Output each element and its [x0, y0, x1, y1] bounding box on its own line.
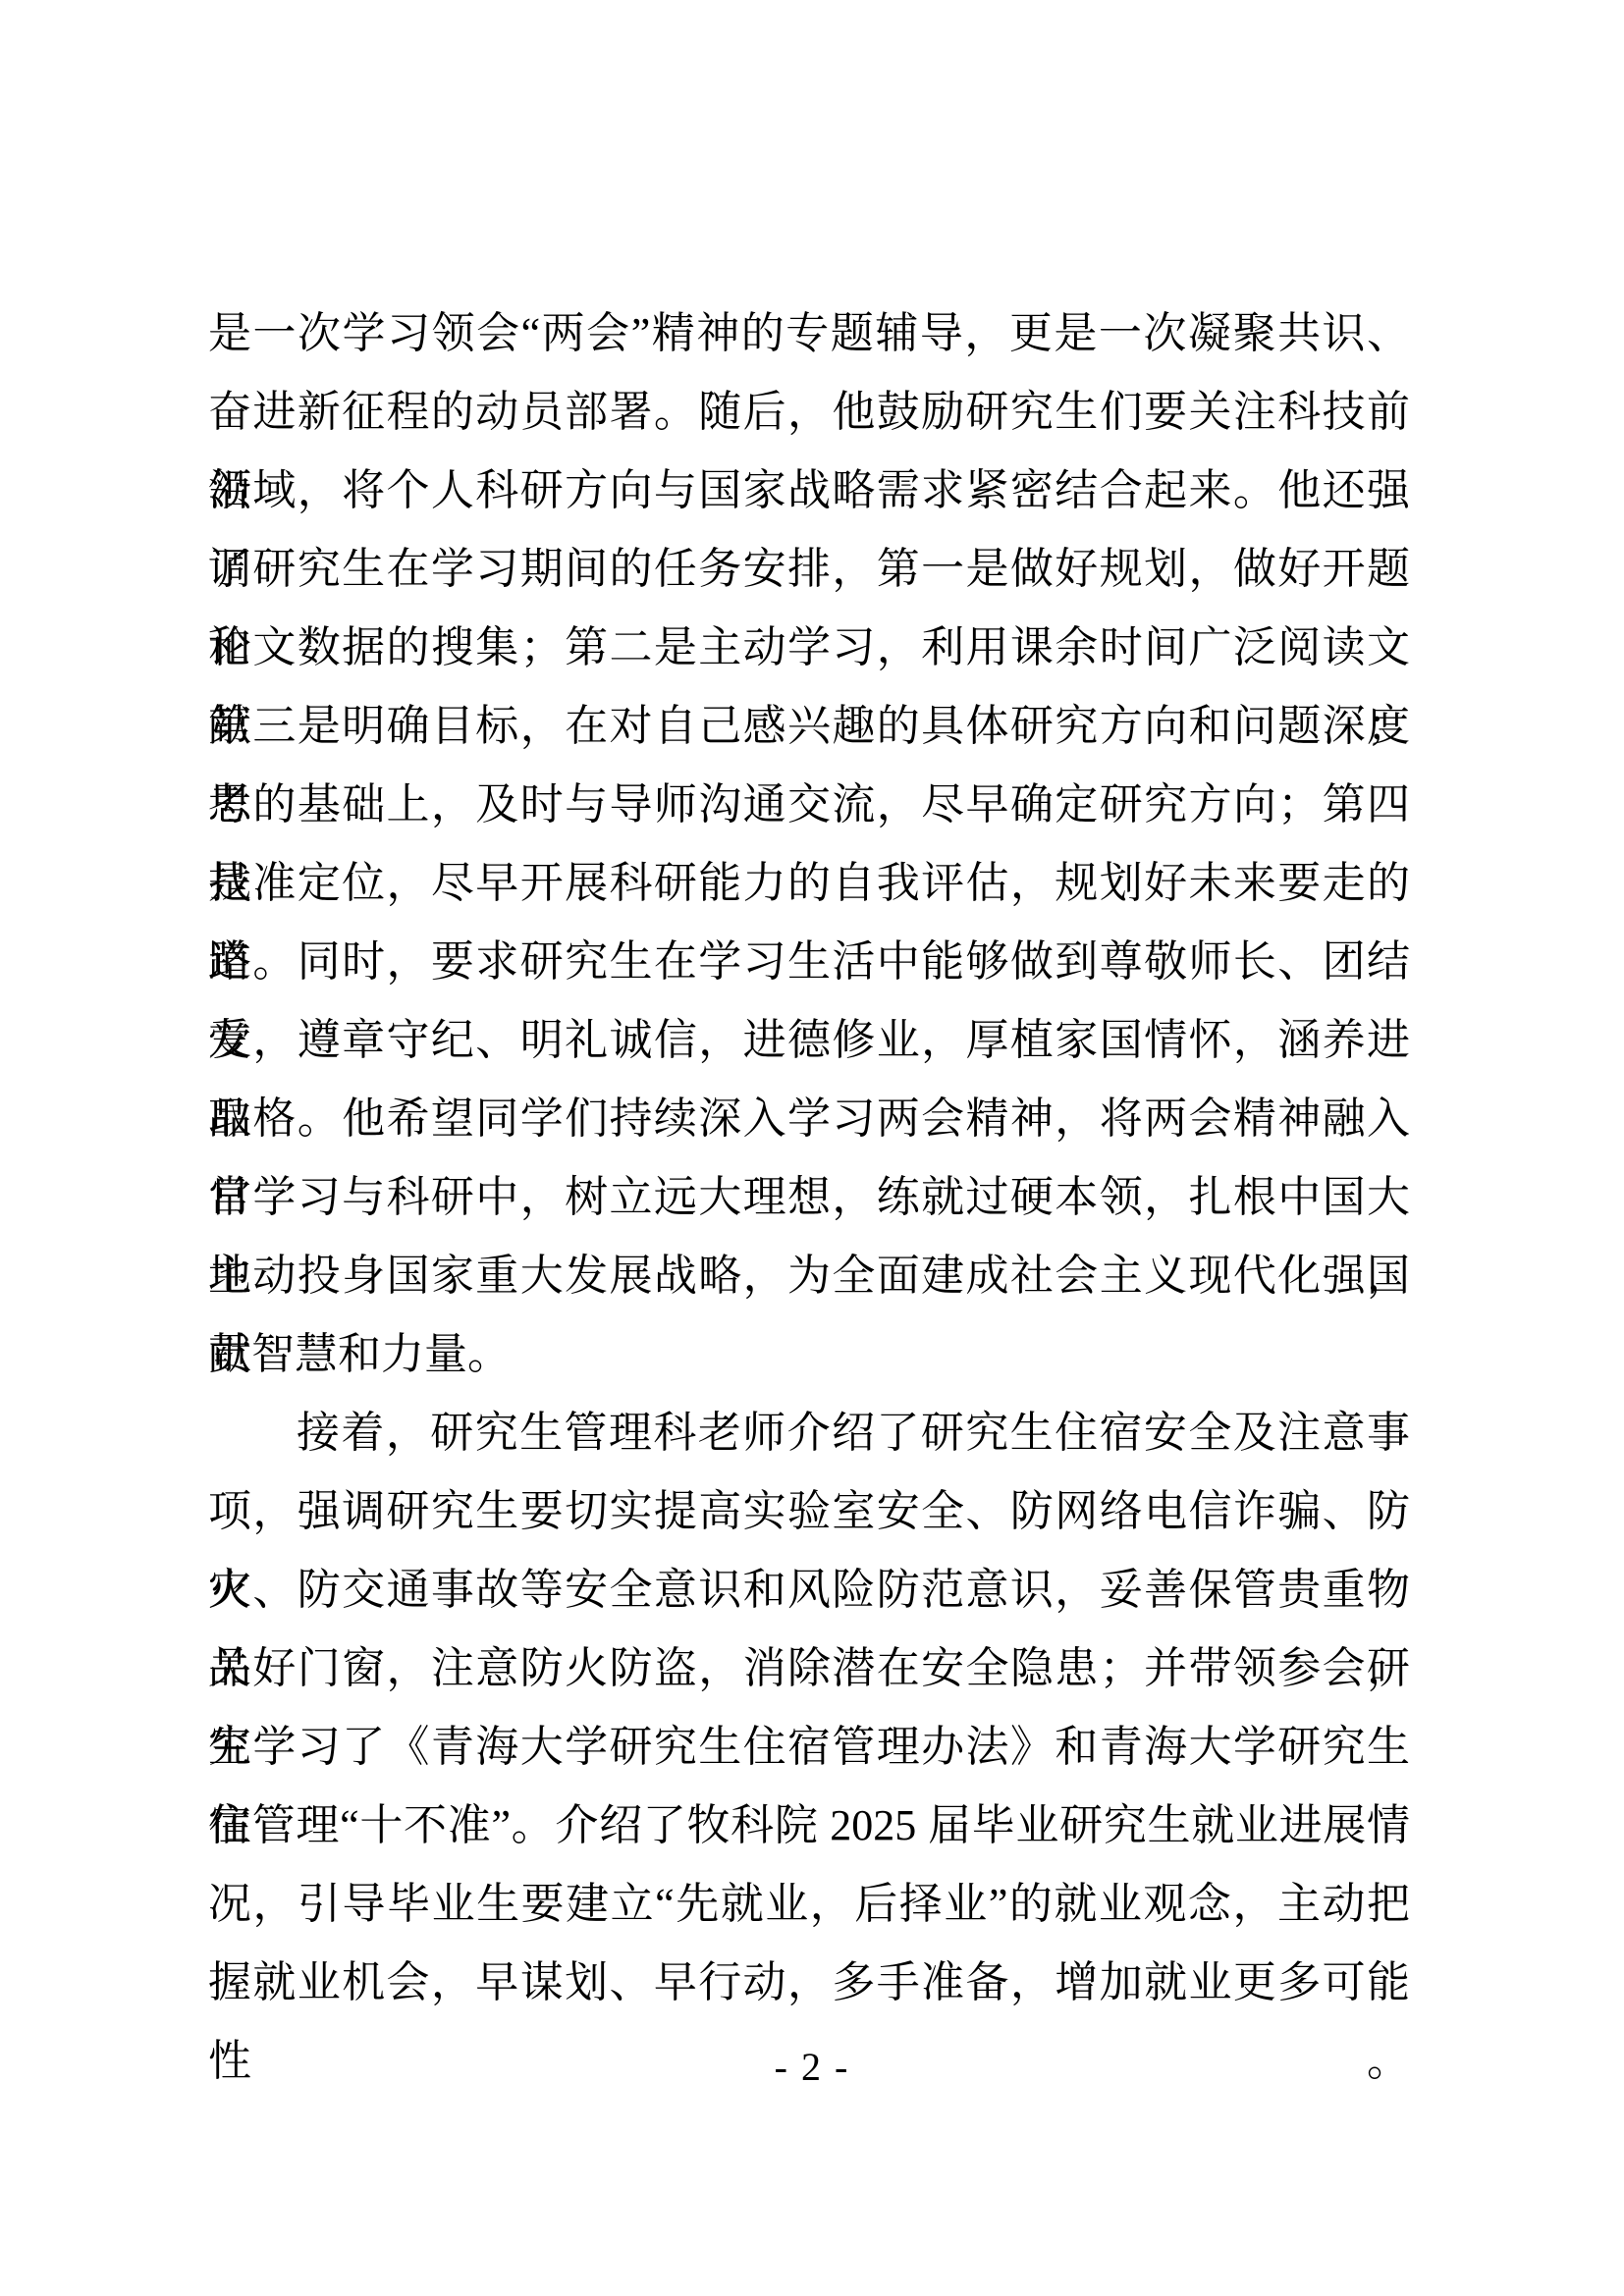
document-body-text: 是一次学习领会“两会”精神的专题辅导，更是一次凝聚共识、 奋进新征程的动员部署。…	[208, 294, 1410, 2022]
text-line: 宿管理“十不准”。介绍了牧科院 2025 届毕业研究生就业进展情	[208, 1787, 1410, 1865]
text-line: 品格。他希望同学们持续深入学习两会精神，将两会精神融入日	[208, 1080, 1410, 1158]
text-line: 考的基础上，及时与导师沟通交流，尽早确定研究方向；第四是	[208, 766, 1410, 844]
text-line: 论文数据的搜集；第二是主动学习，利用课余时间广泛阅读文献；	[208, 609, 1410, 687]
text-line: 主动投身国家重大发展战略，为全面建成社会主义现代化强国贡	[208, 1237, 1410, 1315]
text-line: 况，引导毕业生要建立“先就业，后择业”的就业观念，主动把	[208, 1865, 1410, 1944]
paragraph-last-line: 握就业机会，早谋划、早行动，多手准备，增加就业更多可能性。	[208, 1944, 1410, 2022]
text-line: 奋进新征程的动员部署。随后，他鼓励研究生们要关注科技前沿	[208, 373, 1410, 452]
page-number: - 2 -	[0, 2044, 1624, 2091]
text-line: 路。同时，要求研究生在学习生活中能够做到尊敬师长、团结友	[208, 923, 1410, 1001]
paragraph-first-line: 接着，研究生管理科老师介绍了研究生住宿安全及注意事	[208, 1394, 1410, 1472]
text-line: 找准定位，尽早开展科研能力的自我评估，规划好未来要走的道	[208, 844, 1410, 923]
text-line: 项，强调研究生要切实提高实验室安全、防网络电信诈骗、防火	[208, 1472, 1410, 1551]
text-line: 是一次学习领会“两会”精神的专题辅导，更是一次凝聚共识、	[208, 294, 1410, 373]
document-page: 是一次学习领会“两会”精神的专题辅导，更是一次凝聚共识、 奋进新征程的动员部署。…	[0, 0, 1624, 2296]
text-line: 领域，将个人科研方向与国家战略需求紧密结合起来。他还强调	[208, 452, 1410, 530]
text-line: 了研究生在学习期间的任务安排，第一是做好规划，做好开题和	[208, 530, 1410, 609]
paragraph-last-line: 献智慧和力量。	[208, 1315, 1410, 1394]
text-line: 爱，遵章守纪、明礼诚信，进德修业，厚植家国情怀，涵养进取	[208, 1001, 1410, 1080]
text-line: 生学习了《青海大学研究生住宿管理办法》和青海大学研究生住	[208, 1708, 1410, 1787]
text-line: 关好门窗，注意防火防盗，消除潜在安全隐患；并带领参会研究	[208, 1629, 1410, 1708]
text-line: 常学习与科研中，树立远大理想，练就过硬本领，扎根中国大地，	[208, 1158, 1410, 1237]
text-line: 第三是明确目标，在对自己感兴趣的具体研究方向和问题深度思	[208, 687, 1410, 766]
text-line: 灾、防交通事故等安全意识和风险防范意识，妥善保管贵重物品，	[208, 1551, 1410, 1629]
